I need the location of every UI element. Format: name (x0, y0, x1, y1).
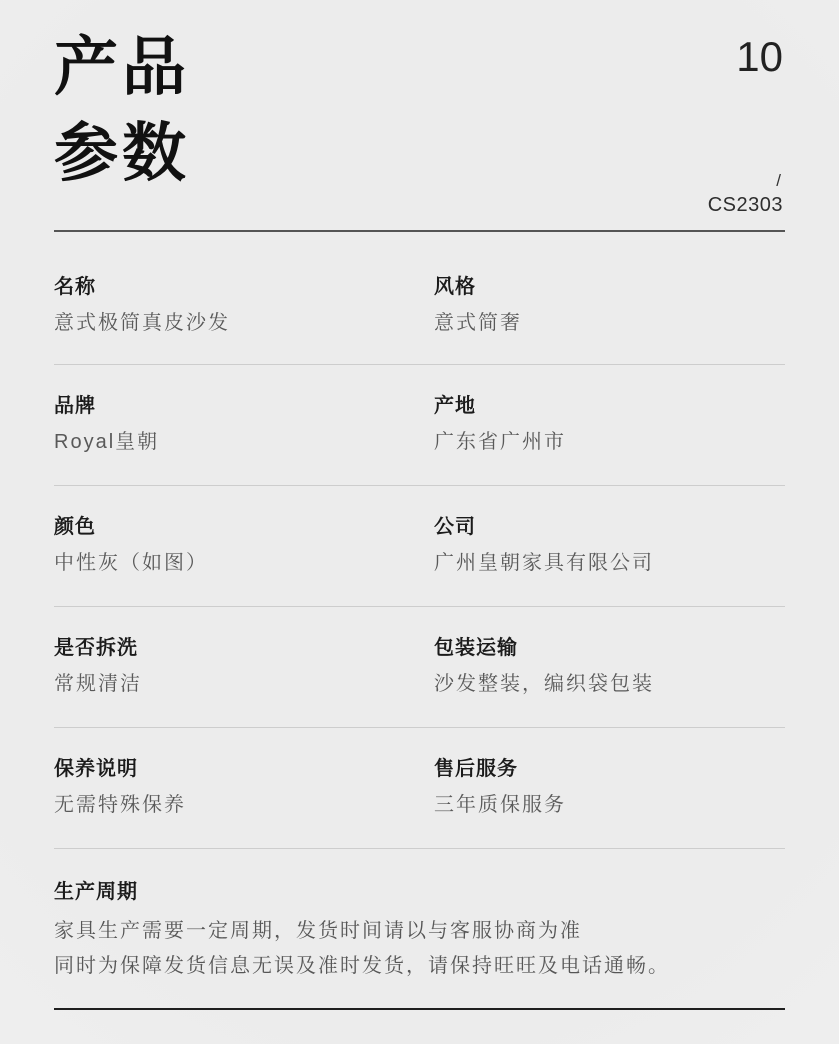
spec-row-color-company: 颜色 中性灰（如图） 公司 广州皇朝家具有限公司 (54, 486, 785, 607)
production-cycle-text: 家具生产需要一定周期，发货时间请以与客服协商为准 同时为保障发货信息无误及准时发… (54, 914, 785, 984)
spec-value-aftersales: 三年质保服务 (434, 792, 784, 818)
spec-label-washable: 是否拆洗 (54, 637, 434, 659)
slash-separator: / (708, 172, 783, 191)
content-area: 产品 参数 10 / CS2303 名称 意式极简真皮沙发 风格 意式简奢 (0, 0, 839, 1010)
production-cycle-line-1: 家具生产需要一定周期，发货时间请以与客服协商为准 (54, 914, 785, 949)
spec-value-style: 意式简奢 (434, 310, 784, 336)
page-number: 10 (736, 34, 783, 80)
spec-label-packaging: 包装运输 (434, 637, 784, 659)
model-code: CS2303 (708, 194, 783, 216)
page-title-line-2: 参数 (54, 110, 190, 196)
spec-label-origin: 产地 (434, 395, 784, 417)
spec-label-care: 保养说明 (54, 758, 434, 780)
spec-value-washable: 常规清洁 (54, 671, 434, 697)
spec-cell-style: 风格 意式简奢 (434, 276, 784, 336)
spec-row-washable-packaging: 是否拆洗 常规清洁 包装运输 沙发整装，编织袋包装 (54, 607, 785, 728)
spec-row-brand-origin: 品牌 Royal皇朝 产地 广东省广州市 (54, 365, 785, 486)
bottom-divider (54, 1008, 785, 1010)
spec-label-company: 公司 (434, 516, 784, 538)
spec-cell-brand: 品牌 Royal皇朝 (54, 395, 434, 455)
spec-row-care-aftersales: 保养说明 无需特殊保养 售后服务 三年质保服务 (54, 728, 785, 849)
model-code-block: / CS2303 (708, 172, 783, 216)
spec-cell-name: 名称 意式极简真皮沙发 (54, 276, 434, 336)
spec-cell-company: 公司 广州皇朝家具有限公司 (434, 516, 784, 576)
spec-value-brand: Royal皇朝 (54, 429, 434, 455)
spec-value-care: 无需特殊保养 (54, 792, 434, 818)
spec-value-name: 意式极简真皮沙发 (54, 310, 434, 336)
spec-cell-washable: 是否拆洗 常规清洁 (54, 637, 434, 697)
spec-row-name-style: 名称 意式极简真皮沙发 风格 意式简奢 (54, 232, 785, 365)
page-title: 产品 参数 (54, 24, 190, 230)
production-cycle-line-2: 同时为保障发货信息无误及准时发货，请保持旺旺及电话通畅。 (54, 949, 785, 984)
spec-value-packaging: 沙发整装，编织袋包装 (434, 671, 784, 697)
spec-cell-color: 颜色 中性灰（如图） (54, 516, 434, 576)
spec-value-color: 中性灰（如图） (54, 550, 434, 576)
header: 产品 参数 10 / CS2303 (54, 0, 785, 232)
spec-label-name: 名称 (54, 276, 434, 298)
spec-cell-packaging: 包装运输 沙发整装，编织袋包装 (434, 637, 784, 697)
product-spec-sheet: 产品 参数 10 / CS2303 名称 意式极简真皮沙发 风格 意式简奢 (0, 0, 839, 1044)
spec-value-origin: 广东省广州市 (434, 429, 784, 455)
spec-value-company: 广州皇朝家具有限公司 (434, 550, 784, 576)
header-right: 10 / CS2303 (708, 24, 785, 230)
spec-label-aftersales: 售后服务 (434, 758, 784, 780)
production-cycle-section: 生产周期 家具生产需要一定周期，发货时间请以与客服协商为准 同时为保障发货信息无… (54, 849, 785, 984)
spec-cell-origin: 产地 广东省广州市 (434, 395, 784, 455)
spec-cell-aftersales: 售后服务 三年质保服务 (434, 758, 784, 818)
spec-label-brand: 品牌 (54, 395, 434, 417)
spec-cell-care: 保养说明 无需特殊保养 (54, 758, 434, 818)
spec-label-color: 颜色 (54, 516, 434, 538)
page-title-line-1: 产品 (54, 24, 190, 110)
production-cycle-label: 生产周期 (54, 881, 785, 903)
spec-label-style: 风格 (434, 276, 784, 298)
